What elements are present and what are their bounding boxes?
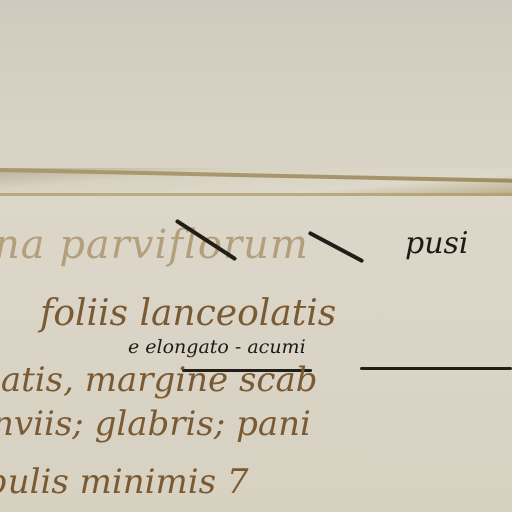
brown-line-minimis: bulis minimis 7	[0, 462, 249, 502]
dark-word-pusi: pusi	[405, 226, 469, 261]
upper-paper-sheet	[0, 0, 512, 170]
dark-line-elongato: e elongato - acumi	[128, 336, 306, 358]
brown-line-foliis: foliis lanceolatis	[40, 293, 336, 334]
brown-line-margine: latis, margine scab	[0, 360, 318, 400]
brown-line-glabris: nviis; glabris; pani	[0, 404, 311, 444]
faint-line-parviflorum: na parviflorum	[0, 222, 309, 268]
underline-mark	[360, 367, 512, 370]
